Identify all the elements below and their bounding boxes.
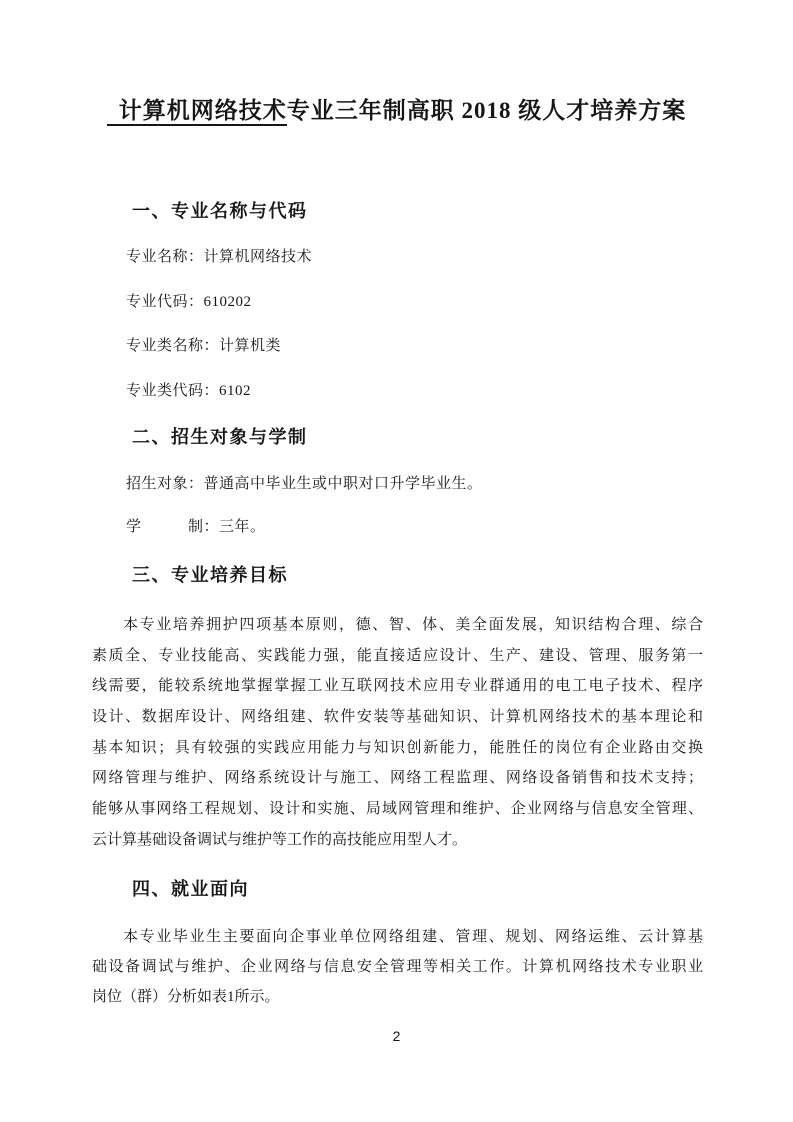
field-enrollment-target: 招生对象：普通高中毕业生或中职对口升学毕业生。 — [126, 474, 483, 495]
section-heading-4: 四、就业面向 — [132, 877, 249, 901]
document-title-rest: 专业三年制高职 2018 级人才培养方案 — [287, 98, 687, 123]
field-schooling-length: 学 制：三年。 — [126, 517, 266, 538]
section-heading-3: 三、专业培养目标 — [132, 563, 288, 587]
section-heading-2: 二、招生对象与学制 — [132, 425, 308, 449]
field-major-name: 专业名称：计算机网络技术 — [126, 247, 312, 268]
field-major-class-code: 专业类代码：6102 — [126, 381, 251, 402]
field-major-class-name: 专业类名称：计算机类 — [126, 336, 281, 357]
paragraph-line: 本专业毕业生主要面向企事业单位网络组建、管理、规划、网络运维、云计算基 — [92, 927, 703, 948]
paragraph-line: 设计、数据库设计、网络组建、软件安装等基础知识、计算机网络技术的基本理论和 — [92, 707, 703, 728]
paragraph-line: 能够从事网络工程规划、设计和实施、局域网管理和维护、企业网络与信息安全管理、 — [92, 799, 703, 820]
page-number: 2 — [0, 1027, 793, 1045]
paragraph-line: 基本知识；具有较强的实践应用能力与知识创新能力，能胜任的岗位有企业路由交换 — [92, 738, 703, 759]
paragraph-line: 网络管理与维护、网络系统设计与施工、网络工程监理、网络设备销售和技术支持； — [92, 768, 703, 789]
document-title: 计算机网络技术专业三年制高职 2018 级人才培养方案 — [0, 96, 793, 126]
paragraph-line: 本专业培养拥护四项基本原则，德、智、体、美全面发展，知识结构合理、综合 — [92, 615, 703, 636]
section-heading-1: 一、专业名称与代码 — [132, 199, 308, 223]
paragraph-line: 岗位（群）分析如表1所示。 — [92, 987, 703, 1008]
document-page: 计算机网络技术专业三年制高职 2018 级人才培养方案 一、专业名称与代码 专业… — [0, 0, 793, 1122]
paragraph-line: 云计算基础设备调试与维护等工作的高技能应用型人才。 — [92, 830, 703, 851]
document-title-underlined: 计算机网络技术 — [107, 98, 287, 126]
paragraph-line: 础设备调试与维护、企业网络与信息安全管理等相关工作。计算机网络技术专业职业 — [92, 957, 703, 978]
paragraph-line: 素质全、专业技能高、实践能力强，能直接适应设计、生产、建设、管理、服务第一 — [92, 646, 703, 667]
paragraph-line: 线需要，能较系统地掌握掌握工业互联网技术应用专业群通用的电工电子技术、程序 — [92, 676, 703, 697]
field-major-code: 专业代码：610202 — [126, 292, 252, 313]
